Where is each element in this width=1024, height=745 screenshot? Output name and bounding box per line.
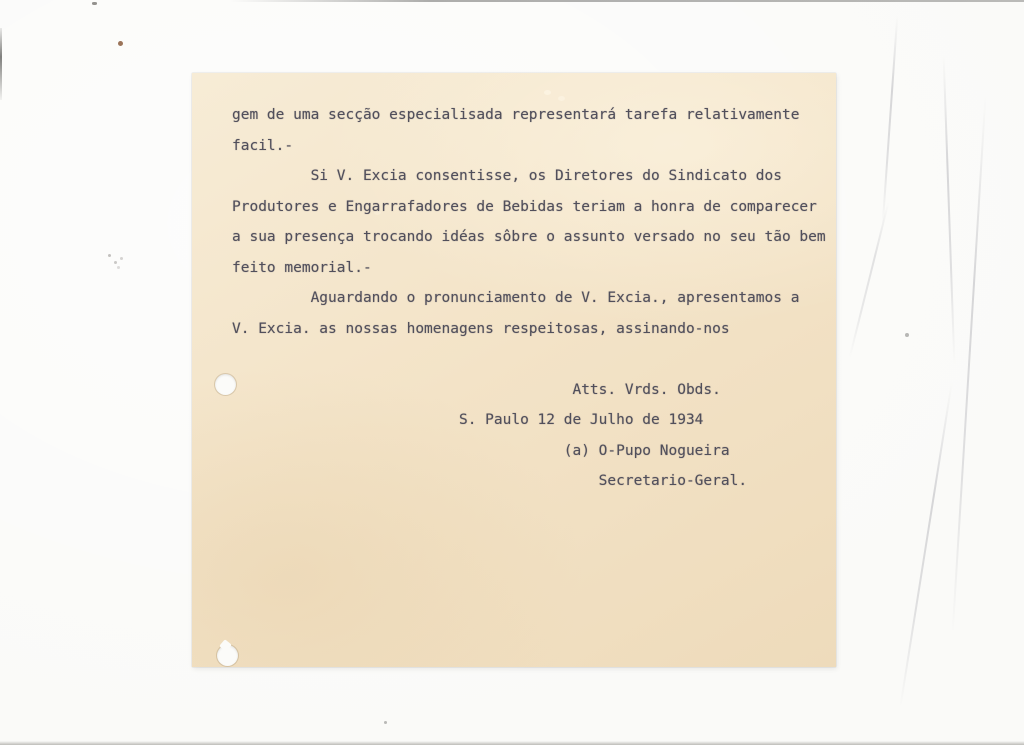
scan-speck bbox=[118, 41, 123, 46]
punch-hole-bottom bbox=[217, 645, 238, 666]
letter-paper: gem de uma secção especialisada represen… bbox=[192, 73, 836, 667]
letter-text: gem de uma secção especialisada represen… bbox=[232, 100, 826, 497]
scan-edge-top bbox=[230, 0, 1024, 2]
scan-edge-left bbox=[0, 28, 2, 100]
paper-crumple-mark bbox=[544, 90, 551, 95]
scan-speck bbox=[384, 721, 387, 724]
scan-edge-bottom bbox=[0, 741, 1024, 745]
scan-crease bbox=[849, 202, 889, 358]
scan-crease bbox=[882, 15, 898, 225]
punch-hole-tear bbox=[219, 639, 232, 652]
scan-crease bbox=[899, 382, 952, 708]
scan-crease bbox=[943, 55, 955, 365]
scan-crease bbox=[952, 95, 986, 634]
scan-speck bbox=[905, 333, 909, 337]
scan-speck bbox=[92, 2, 97, 5]
scan-speck bbox=[108, 254, 111, 257]
scanner-background: gem de uma secção especialisada represen… bbox=[0, 0, 1024, 745]
